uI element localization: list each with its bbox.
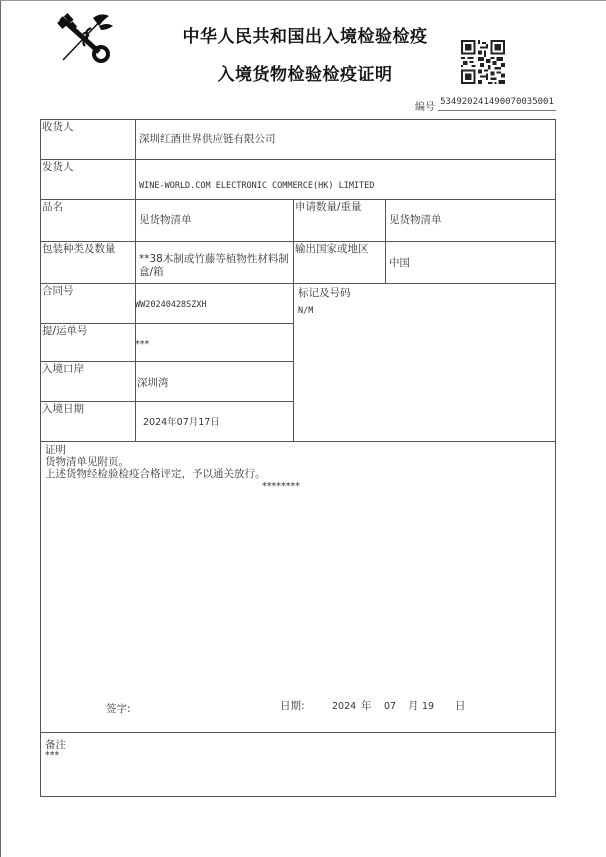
customs-emblem-icon (55, 12, 115, 64)
qr-code-icon (461, 40, 505, 84)
packaging-value-line1: **38木制或竹藤等植物性材料制 (139, 253, 289, 266)
document-title-line2: 入境货物检验检疫证明 (160, 60, 450, 85)
contract-no-label: 合同号 (42, 285, 74, 297)
bill-no-value: *** (135, 338, 149, 351)
row-divider (40, 199, 556, 200)
entry-port-value: 深圳湾 (137, 377, 169, 390)
row-divider (40, 361, 293, 362)
entry-date-value: 2024年07月17日 (143, 416, 220, 429)
packaging-value-line2: 盒/箱 (139, 266, 164, 279)
col-divider (135, 119, 136, 441)
quantity-weight-value: 见货物清单 (389, 214, 442, 227)
serial-number-value: 534920241490070035001 (438, 97, 556, 111)
marks-label: 标记及号码 (298, 287, 351, 299)
date-label: 日期: (280, 700, 305, 712)
signature-label: 签字: (106, 703, 131, 715)
date-year: 2024 (332, 701, 356, 713)
marks-value: N/M (298, 305, 313, 318)
consignee-value: 深圳红酒世界供应链有限公司 (139, 133, 276, 146)
row-divider (40, 323, 293, 324)
row-divider (40, 283, 556, 284)
row-divider (40, 241, 556, 242)
row-divider (40, 159, 556, 160)
row-divider (40, 441, 556, 442)
bill-no-label: 提/运单号 (42, 325, 88, 337)
col-divider (293, 199, 294, 441)
product-name-label: 品名 (42, 201, 63, 213)
quantity-weight-label: 申请数量/重量 (295, 201, 362, 213)
consignor-label: 发货人 (42, 161, 74, 173)
certificate-stars: ******** (262, 481, 300, 493)
date-month: 07 (384, 701, 396, 713)
row-divider (40, 401, 293, 402)
product-name-value: 见货物清单 (139, 214, 192, 227)
certificate-line1: 货物清单见附页。 (45, 456, 129, 468)
origin-country-value: 中国 (389, 257, 410, 270)
col-divider (385, 199, 386, 283)
date-day: 19 (422, 701, 434, 713)
document-title-line1: 中华人民共和国出入境检验检疫 (160, 22, 450, 47)
serial-number-label: 编号 (415, 98, 435, 113)
row-divider (40, 732, 556, 733)
remarks-value: *** (45, 750, 59, 762)
consignor-value: WINE-WORLD.COM ELECTRONIC COMMERCE(HK) L… (139, 180, 374, 193)
page-left-edge (0, 0, 1, 857)
certificate-line2: 上述货物经检验检疫合格评定，予以通关放行。 (45, 468, 266, 480)
date-year-char: 年 (361, 700, 372, 712)
packaging-label: 包装种类及数量 (42, 243, 116, 255)
date-day-char: 日 (455, 700, 466, 712)
consignee-label: 收货人 (42, 121, 74, 133)
contract-no-value: WW20240428SZXH (135, 299, 207, 312)
entry-port-label: 入境口岸 (42, 363, 84, 375)
entry-date-label: 入境日期 (42, 403, 84, 415)
page-top-edge (0, 0, 606, 1)
certificate-label: 证明 (45, 444, 66, 456)
date-month-char: 月 (408, 700, 419, 712)
origin-country-label: 输出国家或地区 (295, 243, 369, 255)
